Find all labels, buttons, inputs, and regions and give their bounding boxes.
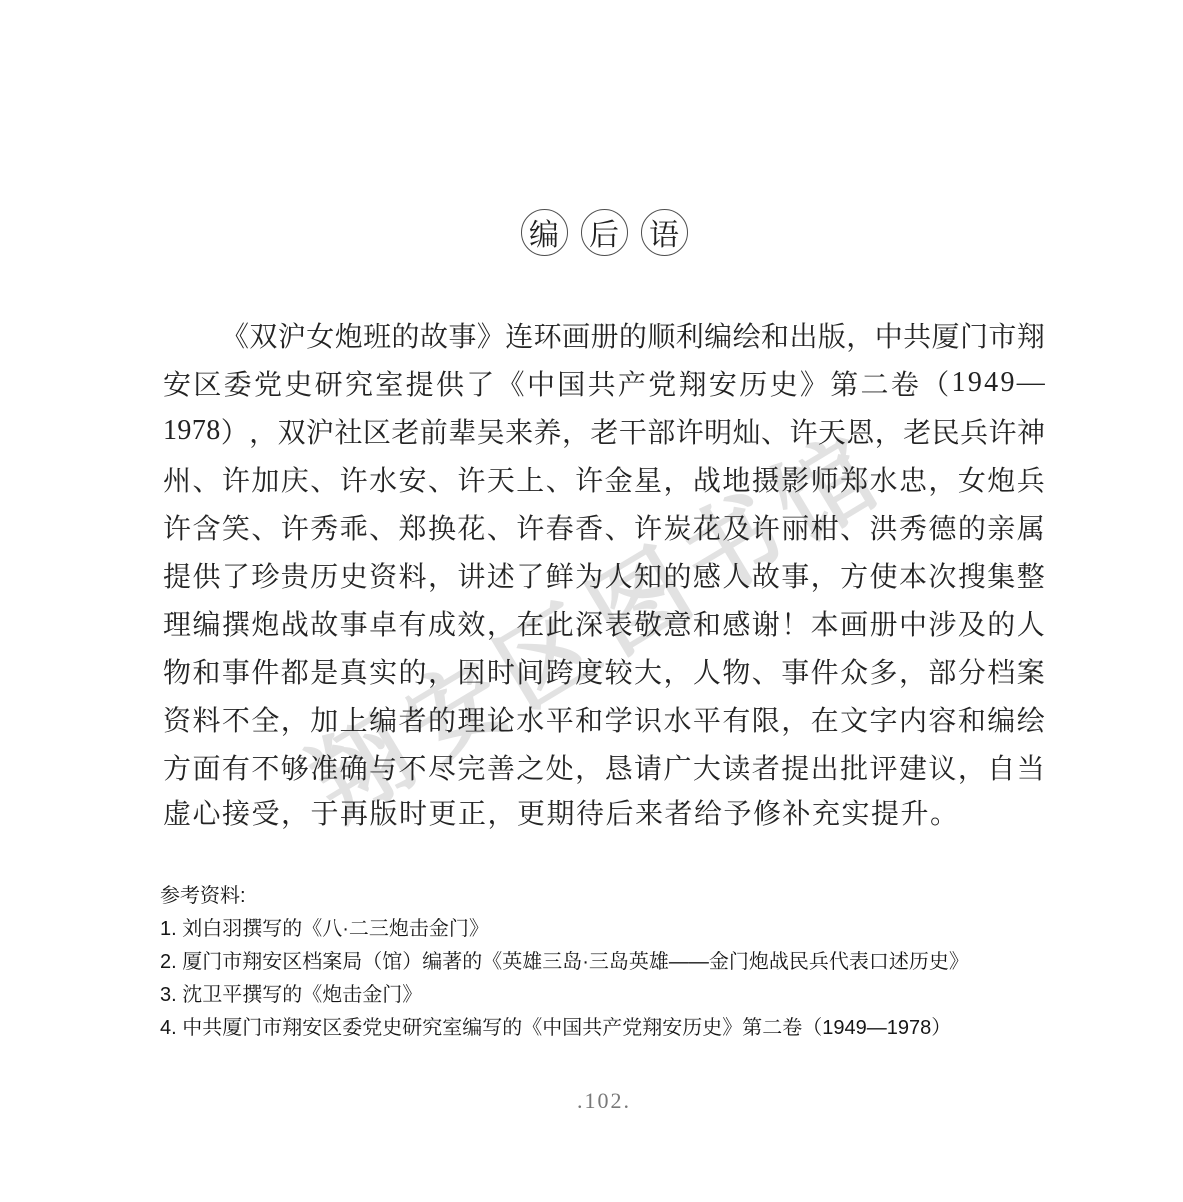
body-line: 州、许加庆、许水安、许天上、许金星，战地摄影师郑水忠，女炮兵 — [163, 455, 1045, 503]
reference-item: 2. 厦门市翔安区档案局（馆）编著的《英雄三岛·三岛英雄——金门炮战民兵代表口述… — [160, 946, 1110, 979]
reference-item: 3. 沈卫平撰写的《炮击金门》 — [160, 979, 1110, 1012]
afterword-paragraph: 《双沪女炮班的故事》连环画册的顺利编绘和出版，中共厦门市翔 安区委党史研究室提供… — [163, 311, 1045, 839]
body-line: 理编撰炮战故事卓有成效，在此深表敬意和感谢！本画册中涉及的人 — [163, 599, 1045, 647]
body-line: 虚心接受，于再版时更正，更期待后来者给予修补充实提升。 — [163, 791, 1045, 839]
body-line: 《双沪女炮班的故事》连环画册的顺利编绘和出版，中共厦门市翔 — [163, 311, 1045, 359]
body-line: 安区委党史研究室提供了《中国共产党翔安历史》第二卷（1949— — [163, 359, 1045, 407]
title-char-circle: 语 — [641, 209, 688, 256]
book-page: 翔安区图书馆 编 后 语 《双沪女炮班的故事》连环画册的顺利编绘和出版，中共厦门… — [0, 0, 1183, 1202]
body-line: 提供了珍贵历史资料，讲述了鲜为人知的感人故事，方使本次搜集整 — [163, 551, 1045, 599]
body-line: 1978），双沪社区老前辈吴来养，老干部许明灿、许天恩，老民兵许神 — [163, 407, 1045, 455]
page-title: 编 后 语 — [163, 209, 1045, 256]
references-heading: 参考资料: — [160, 880, 1110, 913]
title-char-circle: 编 — [521, 209, 568, 256]
page-number: .102. — [163, 1088, 1045, 1114]
body-line: 许含笑、许秀乖、郑换花、许春香、许炭花及许丽柑、洪秀德的亲属 — [163, 503, 1045, 551]
title-char-circle: 后 — [581, 209, 628, 256]
reference-item: 4. 中共厦门市翔安区委党史研究室编写的《中国共产党翔安历史》第二卷（1949—… — [160, 1012, 1110, 1045]
references-section: 参考资料: 1. 刘白羽撰写的《八·二三炮击金门》 2. 厦门市翔安区档案局（馆… — [160, 880, 1110, 1045]
reference-item: 1. 刘白羽撰写的《八·二三炮击金门》 — [160, 913, 1110, 946]
body-line: 方面有不够准确与不尽完善之处，恳请广大读者提出批评建议，自当 — [163, 743, 1045, 791]
body-line: 资料不全，加上编者的理论水平和学识水平有限，在文字内容和编绘 — [163, 695, 1045, 743]
body-line: 物和事件都是真实的，因时间跨度较大，人物、事件众多，部分档案 — [163, 647, 1045, 695]
